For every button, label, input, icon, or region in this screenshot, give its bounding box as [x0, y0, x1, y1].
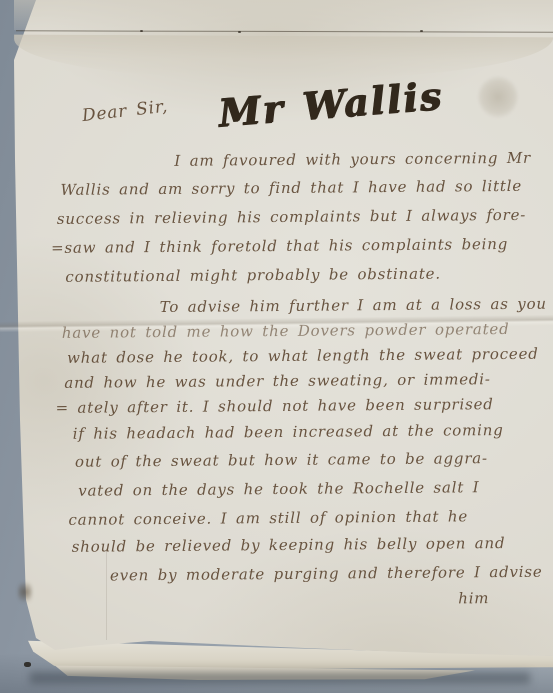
letter-line: cannot conceive. I am still of opinion t… — [68, 507, 468, 534]
letter-line: To advise him further I am at a loss as … — [160, 295, 547, 322]
letter-text: Dear Sir, Mr Wallis I am favoured with y… — [0, 0, 553, 693]
letter-line: success in relieving his complaints but … — [57, 206, 526, 234]
letter-line: Wallis and am sorry to find that I have … — [61, 177, 523, 205]
letter-line: out of the sweat but how it came to be a… — [75, 449, 488, 477]
letter-catchword: him — [458, 589, 489, 607]
letter-line: constitutional might probably be obstina… — [65, 265, 441, 292]
letter-line: vated on the days he took the Rochelle s… — [78, 478, 479, 506]
letter-heading: Mr Wallis — [216, 73, 444, 136]
letter-line: and how he was under the sweating, or im… — [64, 370, 491, 398]
letter-line: have not told me how the Dovers powder o… — [62, 320, 510, 348]
letter-line: = ately after it. I should not have been… — [55, 395, 493, 423]
letter-line: should be relieved by keeping his belly … — [72, 534, 506, 562]
letter-line: what dose he took, to what length the sw… — [67, 345, 539, 373]
letter-line: if his headach had been increased at the… — [73, 421, 504, 449]
photograph-of-letter: Dear Sir, Mr Wallis I am favoured with y… — [0, 0, 553, 693]
letter-line: even by moderate purging and therefore I… — [110, 563, 543, 591]
letter-salutation: Dear Sir, — [81, 96, 169, 126]
letter-line: I am favoured with yours concerning Mr — [174, 149, 531, 176]
letter-line: =saw and I think foretold that his compl… — [51, 235, 508, 263]
